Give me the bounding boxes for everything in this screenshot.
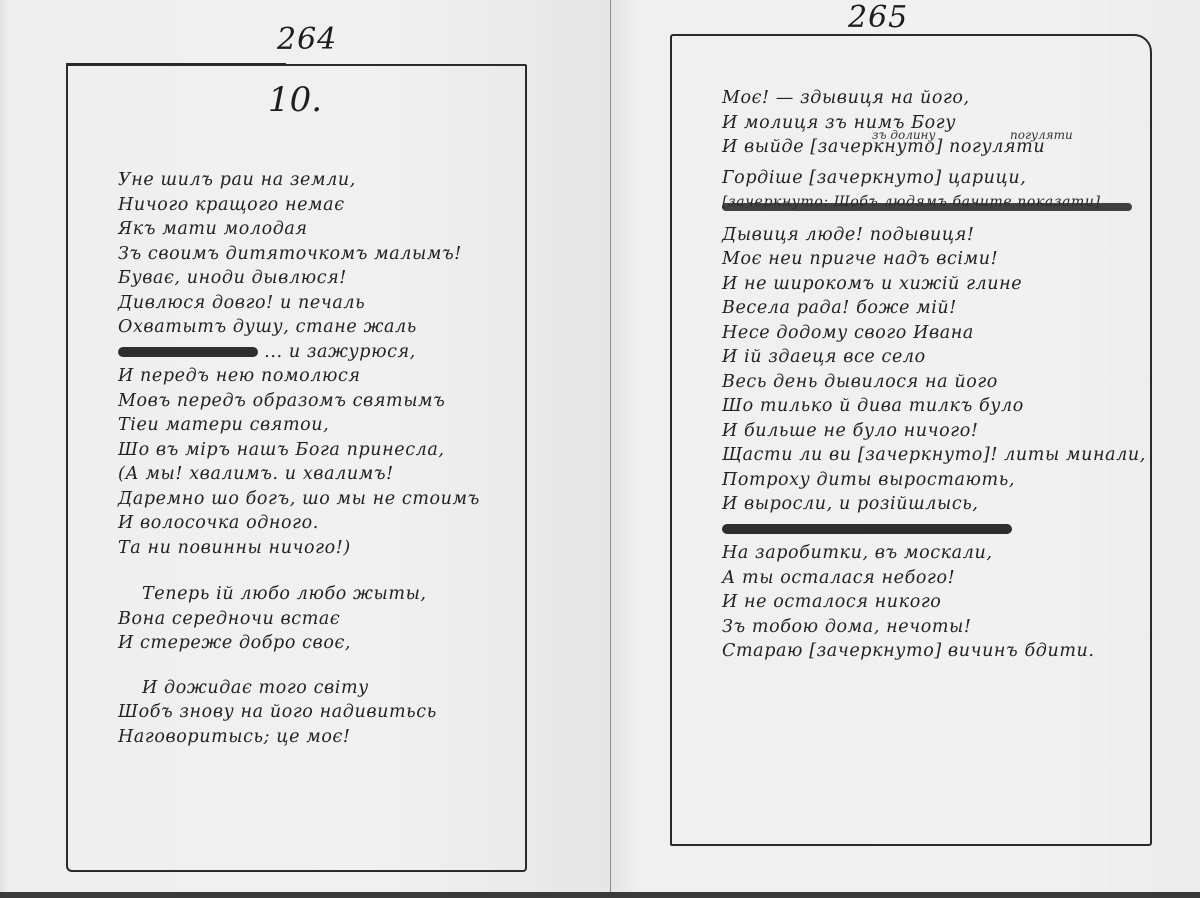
left-page: 264 10. Уне шилъ раи на земли, Ничого кр… bbox=[0, 0, 611, 892]
poem-line: И волосочка одного. bbox=[118, 511, 480, 536]
poem-line: Мовъ передъ образомъ святымъ bbox=[118, 389, 480, 414]
poem-line: Зъ своимъ дитяточкомъ малымъ! bbox=[118, 242, 480, 267]
poem-line: Моє неи пригче надъ всіми! bbox=[722, 247, 1146, 272]
poem-line: Теперь ій любо любо жыты, bbox=[118, 582, 480, 607]
poem-line: Щасти ли ви [зачеркнуто]! литы минали, bbox=[722, 443, 1146, 468]
poem-line: Весь день дывилося на його bbox=[722, 370, 1146, 395]
poem-line: Несе додому свого Ивана bbox=[722, 321, 1146, 346]
poem-lines-right: Моє! — здывиця на його, И молиця зъ нимъ… bbox=[722, 86, 1146, 664]
poem-line-struck: [зачеркнуто] ... и зажурюся, ... и зажур… bbox=[118, 340, 480, 365]
poem-line: Моє! — здывиця на його, bbox=[722, 86, 1146, 111]
poem-line: Гордіше [зачеркнуто] царици, bbox=[722, 166, 1146, 191]
poem-line: Вона середночи встає bbox=[118, 607, 480, 632]
poem-line: Та ни повинны ничого!) bbox=[118, 536, 480, 561]
poem-line: На заробитки, въ москали, bbox=[722, 541, 1146, 566]
poem-line: Тіеи матери святои, bbox=[118, 413, 480, 438]
poem-line: Весела рада! боже мій! bbox=[722, 296, 1146, 321]
ink-strikeout bbox=[118, 347, 258, 357]
poem-line: И выросли, и розійшлысь, bbox=[722, 492, 1146, 517]
poem-line: Охватытъ душу, стане жаль bbox=[118, 315, 480, 340]
poem-line: Наговоритысь; це моє! bbox=[118, 725, 480, 750]
poem-line: И бильше не було ничого! bbox=[722, 419, 1146, 444]
poem-number: 10. bbox=[268, 80, 322, 120]
poem-line: Дивлюся довго! и печаль bbox=[118, 291, 480, 316]
poem-line: Якъ мати молодая bbox=[118, 217, 480, 242]
page-number-right: 265 bbox=[848, 0, 908, 35]
poem-line: Дывиця люде! подывиця! bbox=[722, 223, 1146, 248]
interlinear-note: зъ долину bbox=[872, 128, 935, 142]
poem-line: Уне шилъ раи на земли, bbox=[118, 168, 480, 193]
scan-edge bbox=[0, 892, 1200, 898]
poem-line: Ничого кращого немає bbox=[118, 193, 480, 218]
poem-line: Шо въ міръ нашъ Бога принесла, bbox=[118, 438, 480, 463]
poem-line: Потроху диты выростають, bbox=[722, 468, 1146, 493]
page-number-left: 264 bbox=[277, 22, 337, 57]
poem-line: (А мы! хвалимъ. и хвалимъ! bbox=[118, 462, 480, 487]
interlinear-note: погуляти bbox=[1010, 128, 1073, 142]
poem-line-struck bbox=[722, 517, 1146, 542]
poem-line: А ты осталася небого! bbox=[722, 566, 1146, 591]
poem-line: Зъ тобою дома, нечоты! bbox=[722, 615, 1146, 640]
poem-line: Даремно шо богъ, шо мы не стоимъ bbox=[118, 487, 480, 512]
poem-line: Шо тилько й дива тилкъ було bbox=[722, 394, 1146, 419]
poem-line: Стараю [зачеркнуто] вичинъ бдити. bbox=[722, 639, 1146, 664]
poem-line: И не осталося никого bbox=[722, 590, 1146, 615]
poem-line: И стереже добро своє, bbox=[118, 631, 480, 656]
poem-line-struck: [зачеркнуто: Шобъ людямъ бачите показати… bbox=[722, 190, 1132, 215]
poem-line: И не широкомъ и хижій глине bbox=[722, 272, 1146, 297]
poem-line: И ій здаеця все село bbox=[722, 345, 1146, 370]
poem-line: Шобъ знову на його надивитьсь bbox=[118, 700, 480, 725]
poem-line-tail: ... и зажурюся, bbox=[258, 342, 416, 362]
poem-line: Буває, иноди дывлюся! bbox=[118, 266, 480, 291]
poem-lines-left: Уне шилъ раи на земли, Ничого кращого не… bbox=[118, 168, 480, 749]
book-spread: 264 10. Уне шилъ раи на земли, Ничого кр… bbox=[0, 0, 1200, 892]
ink-strikeout bbox=[722, 524, 1012, 534]
poem-line: И дожидає того світу bbox=[118, 676, 480, 701]
poem-line: И передъ нею помолюся bbox=[118, 364, 480, 389]
